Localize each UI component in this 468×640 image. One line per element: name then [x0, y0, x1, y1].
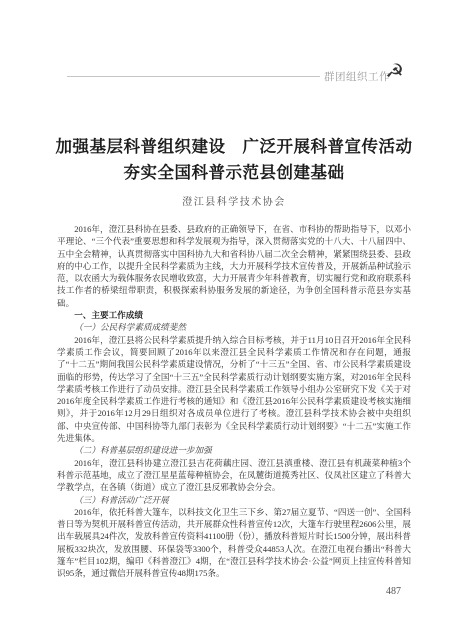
article-author: 澄江县科学技术协会 — [57, 193, 411, 208]
section-label: 群团组织工作 — [324, 69, 386, 84]
page-number: 487 — [386, 586, 412, 597]
subsection-heading: （三）科普活动广泛开展 — [57, 494, 411, 506]
party-emblem-icon: ☭ — [385, 59, 406, 83]
article-body: 2016年，澄江县科协在县委、县政府的正确领导下，在省、市科协的帮助指导下，以邓… — [57, 223, 411, 580]
article-title: 加强基层科普组织建设 广泛开展科普宣传活动 夯实全国科普示范县创建基础 — [45, 134, 423, 186]
subsection-heading: （一）公民科学素质成绩斐然 — [57, 321, 411, 333]
section-heading: 一、主要工作成绩 — [57, 309, 411, 321]
article-title-line1: 加强基层科普组织建设 广泛开展科普宣传活动 — [45, 134, 423, 160]
header-rule — [67, 76, 320, 77]
paragraph: 2016年，澄江县将公民科学素质提升纳入综合目标考核，并于11月10日召开201… — [57, 334, 411, 445]
paragraph: 2016年，澄江县科协建立澄江县吉花荷藕庄园、澄江县滇重楼、澄江县有机蔬菜种植3… — [57, 457, 411, 494]
subsection-heading: （二）科普基层组织建设进一步加强 — [57, 444, 411, 456]
paragraph: 2016年，澄江县科协在县委、县政府的正确领导下，在省、市科协的帮助指导下，以邓… — [57, 223, 411, 309]
paragraph: 2016年，依托科普大篷车，以科技文化卫生三下乡、第27届立夏节、“四送一创”、… — [57, 506, 411, 580]
article-title-line2: 夯实全国科普示范县创建基础 — [45, 160, 423, 186]
document-page: 群团组织工作 ☭ 加强基层科普组织建设 广泛开展科普宣传活动 夯实全国科普示范县… — [0, 0, 468, 640]
